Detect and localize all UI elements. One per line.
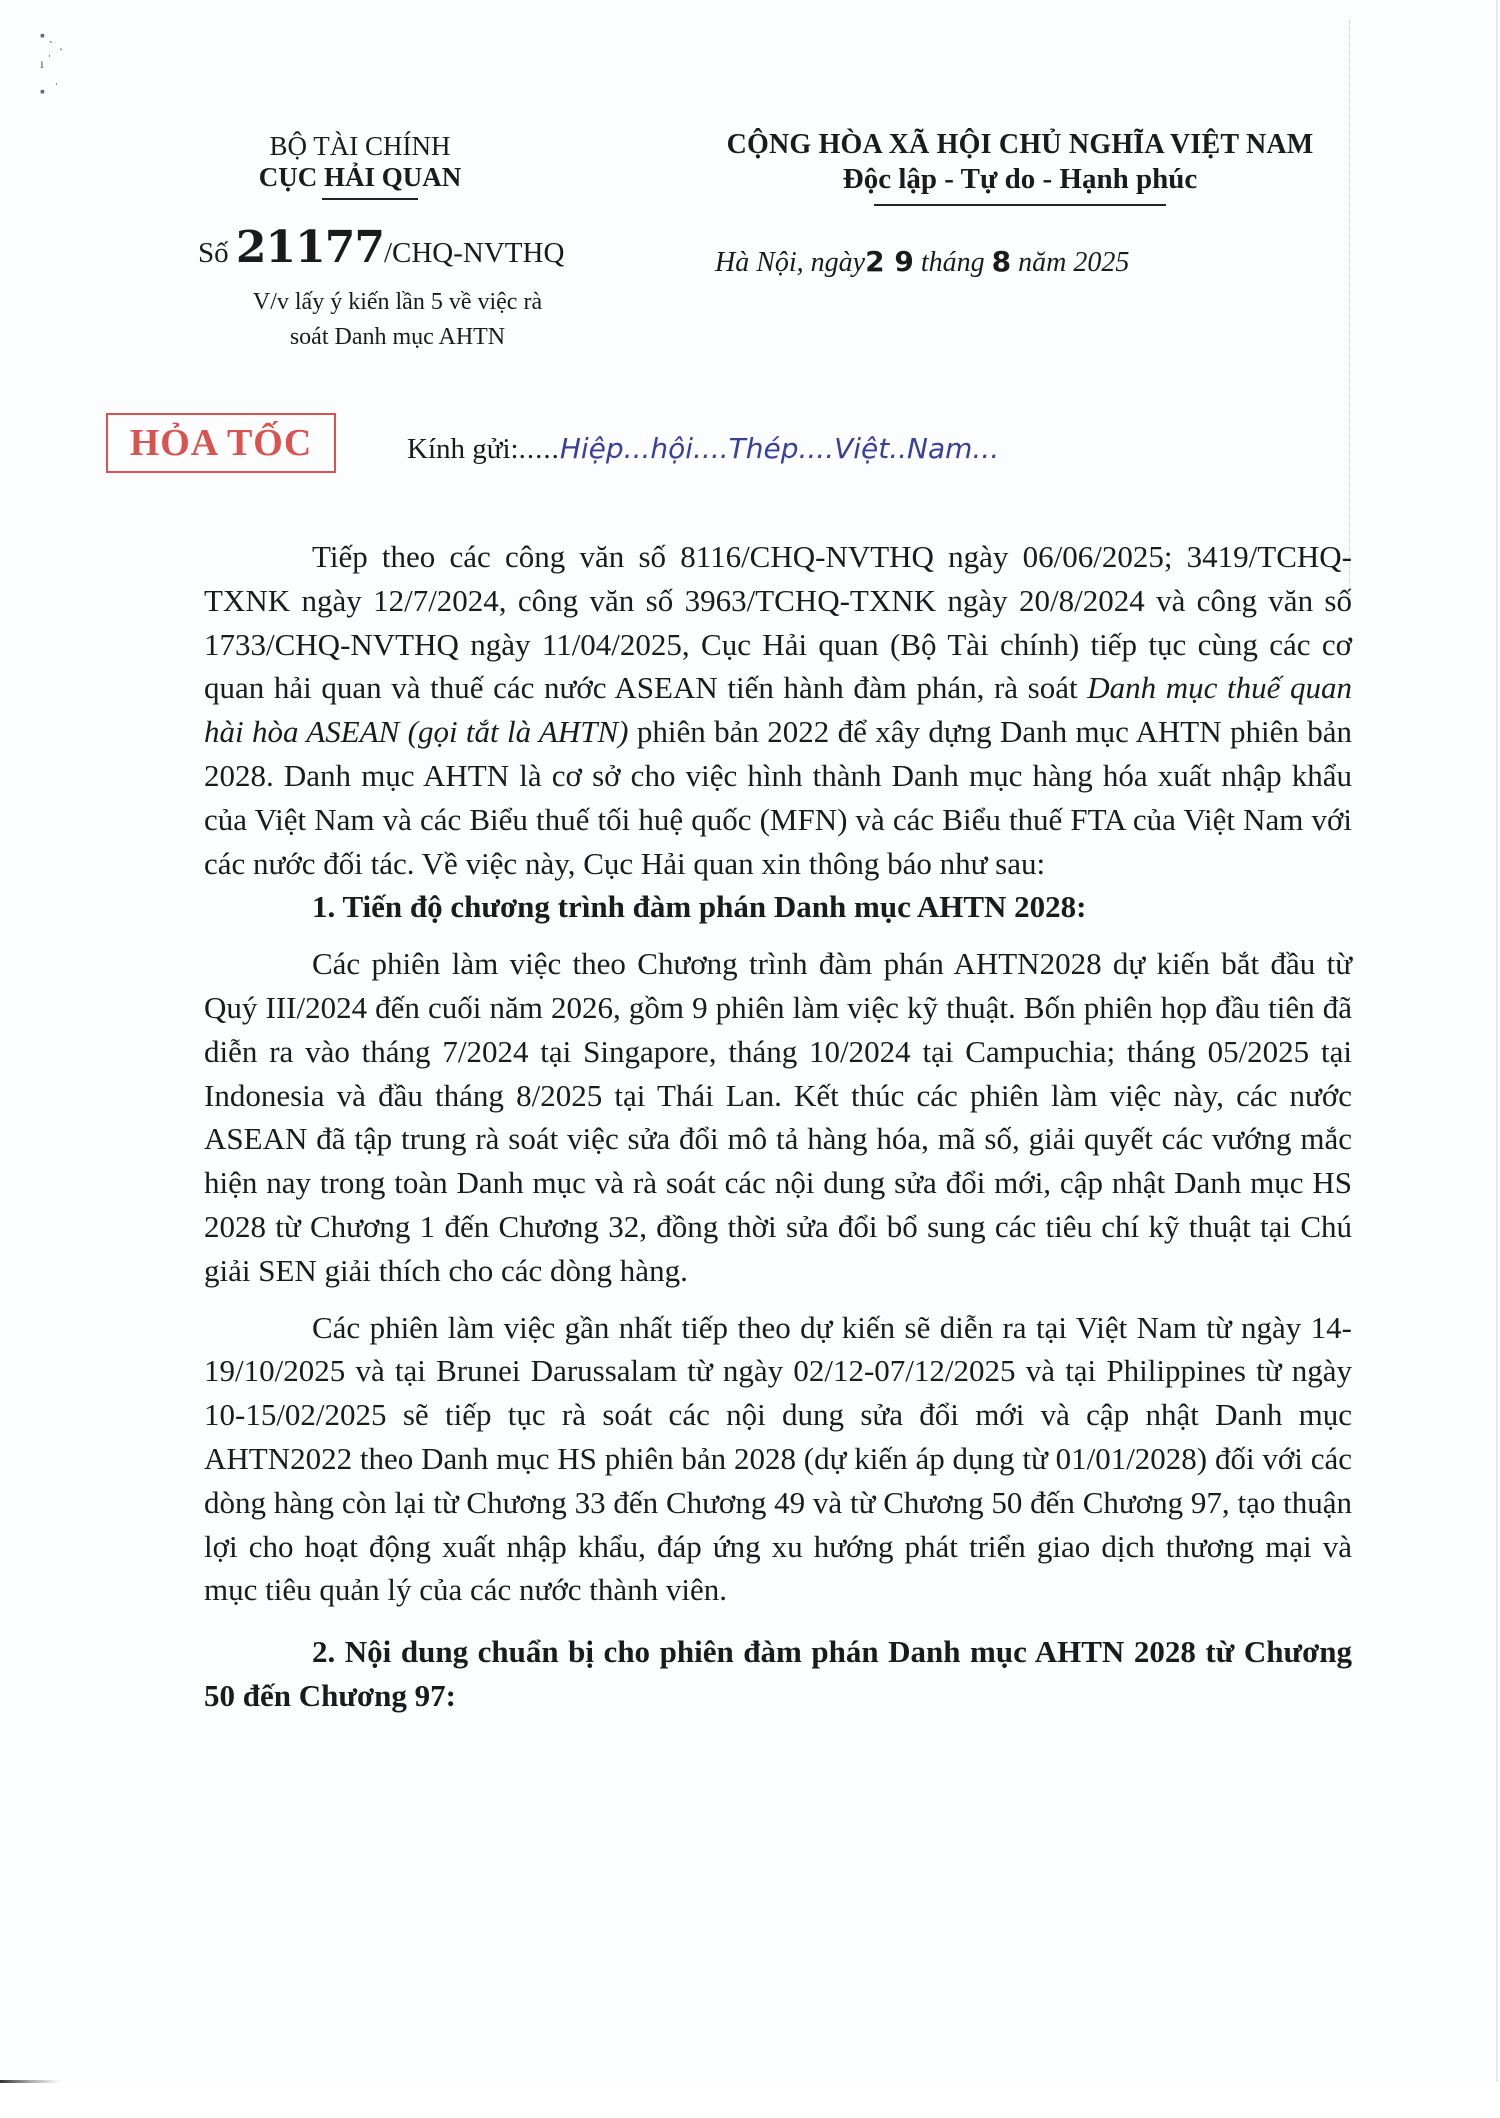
- doc-number-stamped: 21177: [236, 222, 384, 273]
- scan-margin-marks: [1349, 20, 1352, 600]
- document-number: Số 21177/CHQ-NVTHQ: [198, 222, 564, 273]
- document-body: Tiếp theo các công văn số 8116/CHQ-NVTHQ…: [204, 535, 1352, 1718]
- urgent-stamp: HỎA TỐC: [106, 413, 336, 473]
- doc-number-suffix: /CHQ-NVTHQ: [384, 237, 564, 269]
- date-day: 2 9: [865, 245, 914, 278]
- republic-title: CỘNG HÒA XÃ HỘI CHỦ NGHĨA VIỆT NAM: [690, 128, 1350, 162]
- section-2-heading: 2. Nội dung chuẩn bị cho phiên đàm phán …: [204, 1630, 1352, 1718]
- doc-number-prefix: Số: [198, 237, 236, 269]
- subject-line-1: V/v lấy ý kiến lần 5 về việc rà: [200, 285, 595, 320]
- section-1-paragraph-2: Các phiên làm việc gần nhất tiếp theo dự…: [204, 1306, 1352, 1613]
- recipient-leader-dots: .....: [519, 433, 560, 465]
- department-name: CỤC HẢI QUAN: [190, 162, 530, 192]
- intro-paragraph: Tiếp theo các công văn số 8116/CHQ-NVTHQ…: [204, 535, 1352, 885]
- ministry-name: BỘ TÀI CHÍNH: [190, 130, 530, 162]
- recipient-line: Kính gửi:.....Hiệp...hội....Thép....Việt…: [407, 432, 999, 466]
- issuer-block: BỘ TÀI CHÍNH CỤC HẢI QUAN: [190, 130, 530, 200]
- scanned-page: ▪ ˏ ˌ ·ı ˌ▪ BỘ TÀI CHÍNH CỤC HẢI QUAN Số…: [0, 0, 1498, 2082]
- issuer-underline: [322, 198, 418, 200]
- document-subject: V/v lấy ý kiến lần 5 về việc rà soát Dan…: [200, 285, 595, 355]
- subject-line-2: soát Danh mục AHTN: [200, 320, 595, 355]
- national-motto: Độc lập - Tự do - Hạnh phúc: [690, 162, 1350, 196]
- date-place-label: Hà Nội, ngày: [715, 247, 865, 278]
- place-date-line: Hà Nội, ngày2 9 tháng 8 năm 2025: [715, 245, 1129, 279]
- section-1-paragraph-1: Các phiên làm việc theo Chương trình đàm…: [204, 942, 1352, 1292]
- date-month-label: tháng: [914, 247, 992, 278]
- section-1-heading: 1. Tiến độ chương trình đàm phán Danh mụ…: [204, 885, 1352, 929]
- recipient-label: Kính gửi:: [407, 433, 519, 465]
- recipient-handwritten: Hiệp...hội....Thép....Việt..Nam...: [560, 432, 999, 465]
- scan-edge: [0, 2080, 60, 2083]
- motto-underline: [874, 204, 1166, 206]
- date-month: 8: [992, 245, 1011, 278]
- national-header: CỘNG HÒA XÃ HỘI CHỦ NGHĨA VIỆT NAM Độc l…: [690, 128, 1350, 206]
- date-year: năm 2025: [1011, 247, 1129, 278]
- scan-specks: ▪ ˏ ˌ ·ı ˌ▪: [40, 30, 63, 100]
